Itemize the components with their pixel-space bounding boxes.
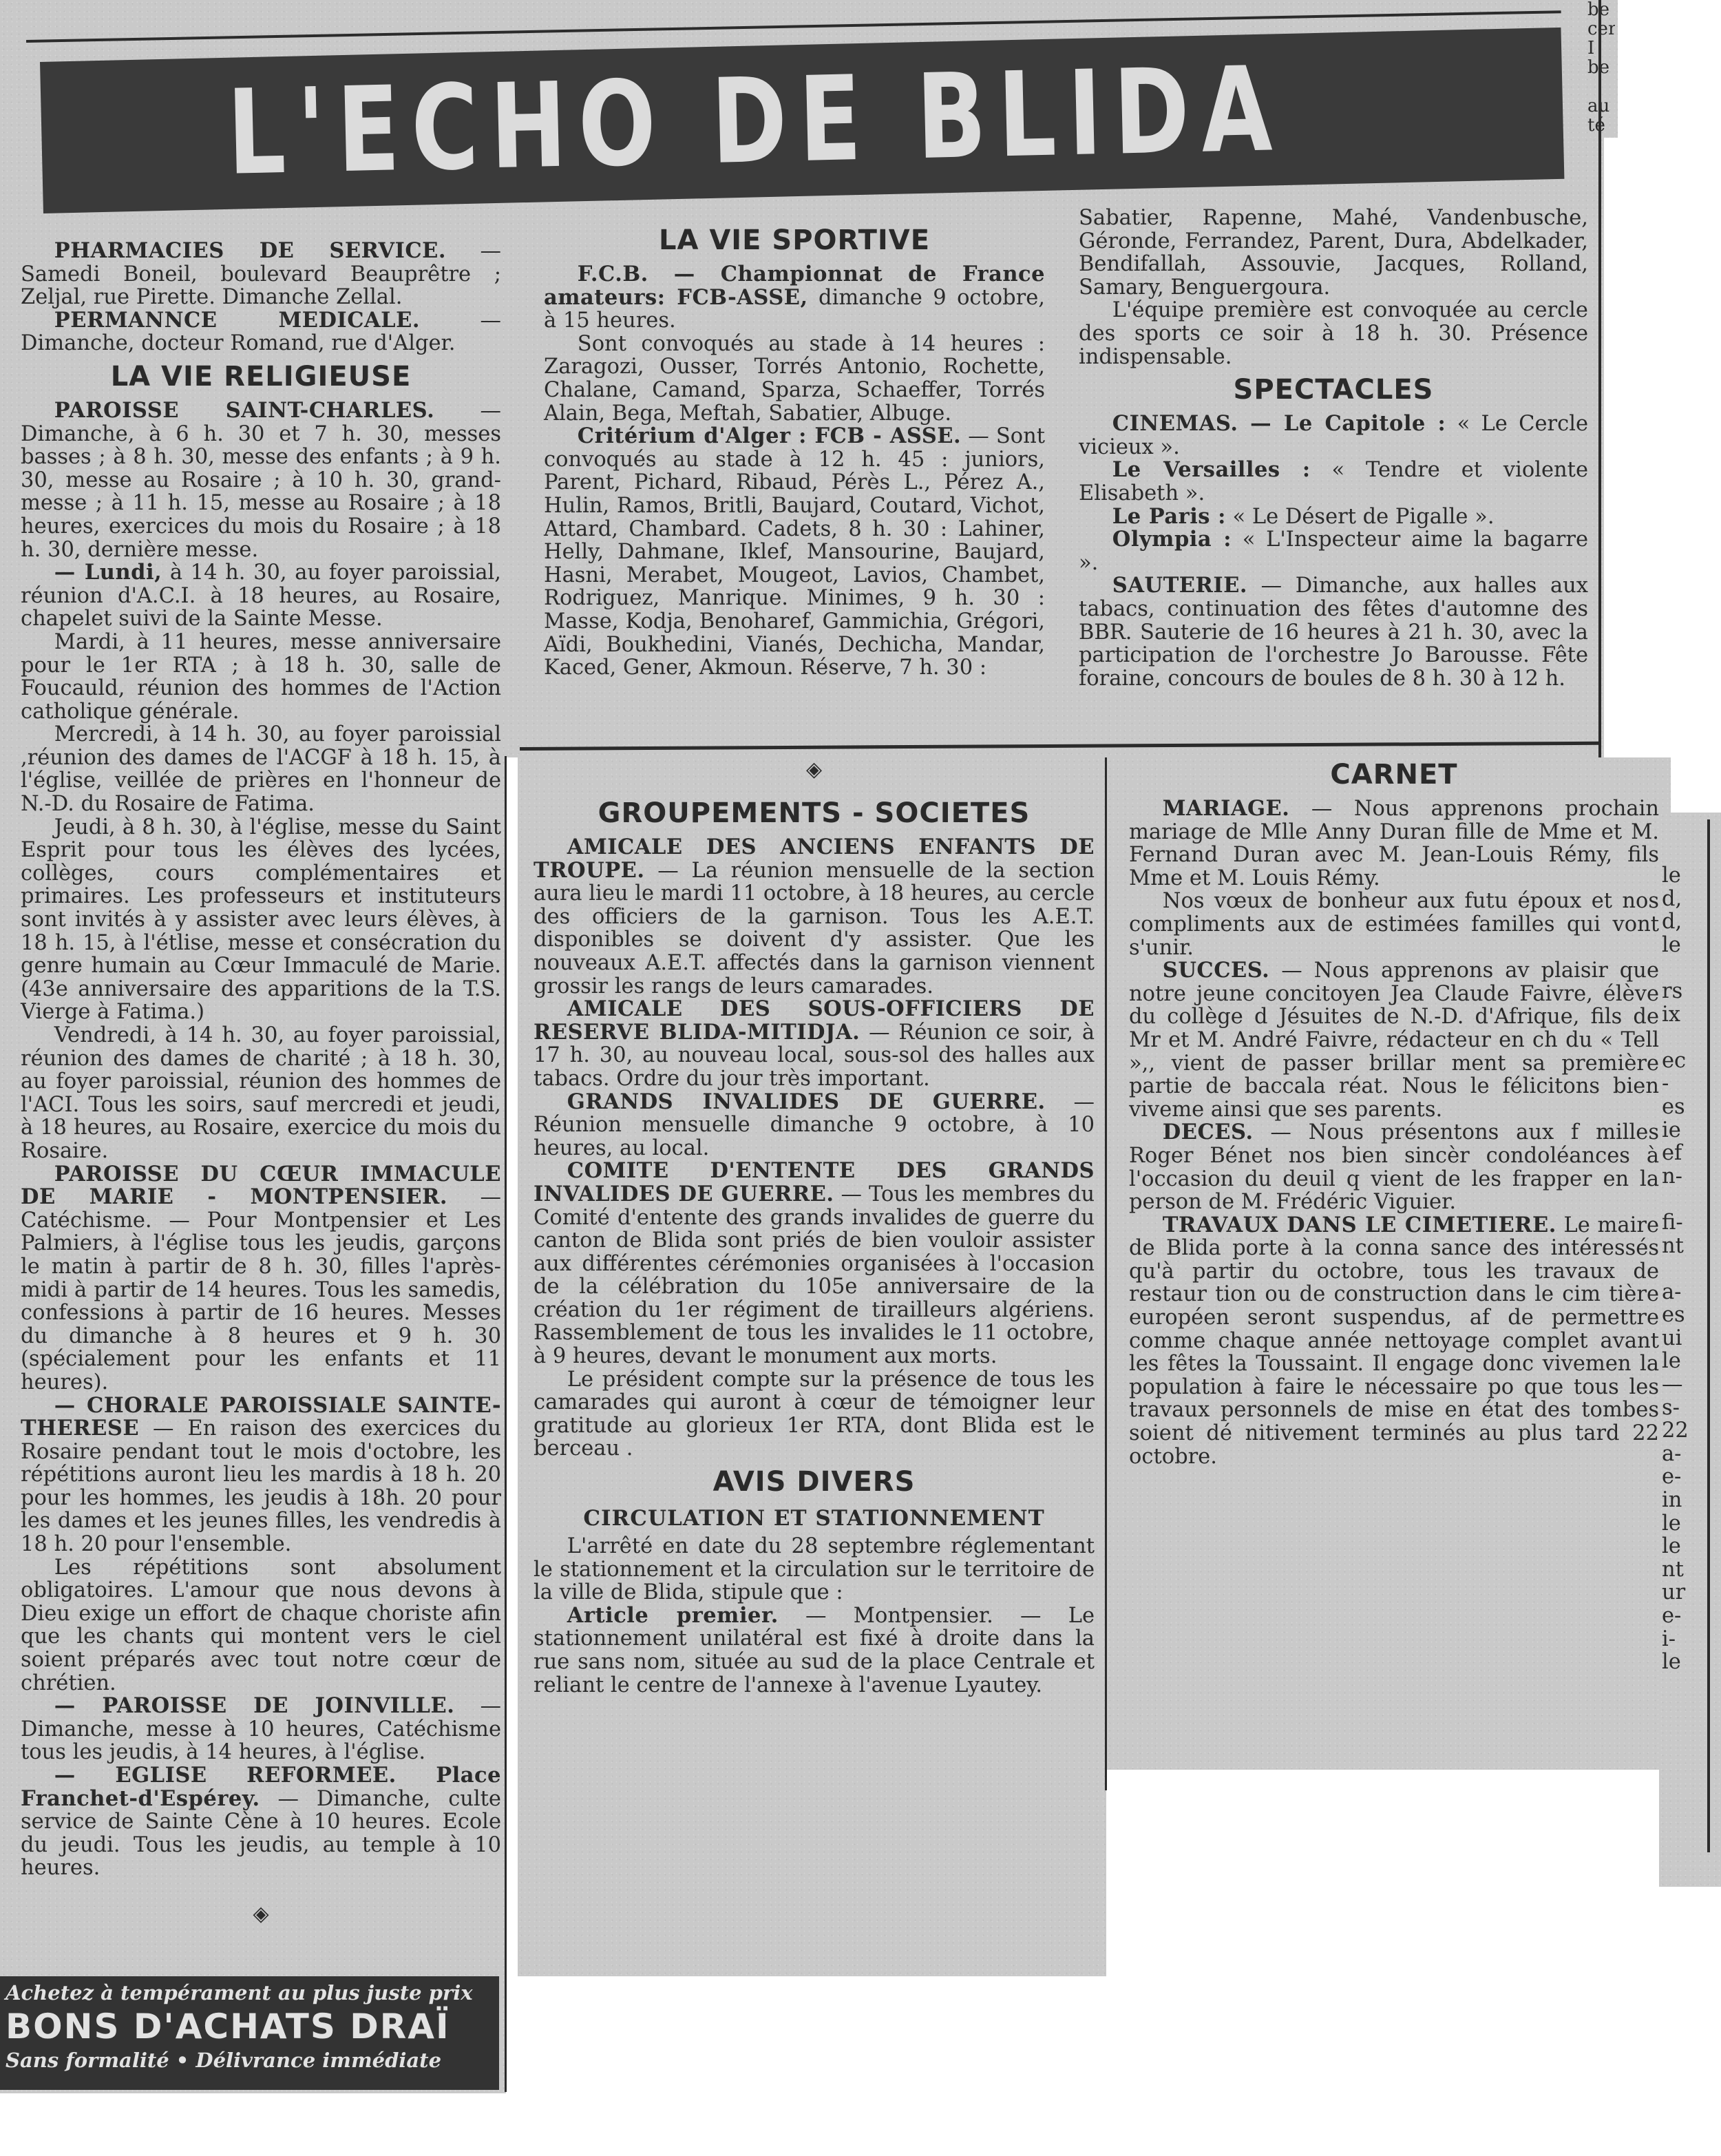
article-lead-in: CINEMAS. — Le Capitole : xyxy=(1112,411,1446,436)
spectacles-notices: CINEMAS. — Le Capitole : « Le Cercle vic… xyxy=(1079,412,1588,690)
left-column: PHARMACIES DE SERVICE. — Samedi Boneil, … xyxy=(21,240,501,1928)
article-paragraph: L'arrêté en date du 28 septembre régleme… xyxy=(534,1535,1095,1604)
article-text: — Nous apprenons av plaisir que notre je… xyxy=(1129,959,1659,1122)
article-text: L'arrêté en date du 28 septembre régleme… xyxy=(534,1534,1095,1604)
article-lead-in: — PAROISSE DE JOINVILLE. xyxy=(54,1693,455,1718)
article-paragraph: COMITE D'ENTENTE DES GRANDS INVALIDES DE… xyxy=(534,1160,1095,1368)
article-paragraph: Sont convoqués au stade à 14 heures : Za… xyxy=(544,333,1045,425)
article-paragraph: TRAVAUX DANS LE CIMETIERE. Le maire de B… xyxy=(1129,1214,1659,1469)
article-paragraph: — PAROISSE DE JOINVILLE. — Dimanche, mes… xyxy=(21,1695,501,1764)
middle-column-divider xyxy=(1105,757,1107,1790)
sports-notices: F.C.B. — Championnat de France amateurs:… xyxy=(544,263,1045,680)
advertisement-bons-dachats-drai: Achetez à tempérament au plus juste prix… xyxy=(0,1976,499,2090)
article-paragraph: Le président compte sur la présence de t… xyxy=(534,1368,1095,1461)
article-paragraph: PHARMACIES DE SERVICE. — Samedi Boneil, … xyxy=(21,240,501,309)
article-paragraph: — EGLISE REFORMEE. Place Franchet-d'Espé… xyxy=(21,1764,501,1880)
article-text: — Catéchisme. — Pour Montpensier et Les … xyxy=(21,1185,501,1394)
ad-brand: BONS D'ACHATS DRAÏ xyxy=(6,2005,494,2048)
right-edge-fragment: le d, d, le rs ix ec - es ie ef n- fi- n… xyxy=(1662,864,1703,1883)
article-paragraph: Nos vœux de bonheur aux futu époux et no… xyxy=(1129,890,1659,959)
article-paragraph: PAROISSE DU CŒUR IMMACULE DE MARIE - MON… xyxy=(21,1163,501,1394)
article-paragraph: L'équipe première est convoquée au cercl… xyxy=(1079,299,1588,368)
right-edge-divider xyxy=(1707,819,1710,1852)
article-paragraph: Sabatier, Rapenne, Mahé, Vandenbusche, G… xyxy=(1079,207,1588,299)
article-paragraph: — Lundi, à 14 h. 30, au foyer paroissial… xyxy=(21,561,501,631)
subsection-circulation-stationnement: CIRCULATION ET STATIONNEMENT xyxy=(534,1505,1095,1532)
sports-continued-column: Sabatier, Rapenne, Mahé, Vandenbusche, G… xyxy=(1079,207,1588,690)
article-paragraph: Olympia : « L'Inspecteur aime la bagarre… xyxy=(1079,528,1588,574)
article-paragraph: Mardi, à 11 heures, messe anniversaire p… xyxy=(21,631,501,723)
article-lead-in: Olympia : xyxy=(1112,527,1232,552)
article-text: Les répétitions sont absolument obligato… xyxy=(21,1556,501,1695)
article-paragraph: Vendredi, à 14 h. 30, au foyer paroissia… xyxy=(21,1024,501,1163)
article-lead-in: PHARMACIES DE SERVICE. xyxy=(54,238,446,263)
article-text: — Dimanche, à 6 h. 30 et 7 h. 30, messes… xyxy=(21,399,501,562)
article-paragraph: PAROISSE SAINT-CHARLES. — Dimanche, à 6 … xyxy=(21,399,501,561)
article-paragraph: F.C.B. — Championnat de France amateurs:… xyxy=(544,263,1045,333)
article-paragraph: SUCCES. — Nous apprenons av plaisir que … xyxy=(1129,959,1659,1121)
diamond-ornament-icon: ◈ xyxy=(534,756,1095,784)
article-paragraph: Critérium d'Alger : FCB - ASSE. — Sont c… xyxy=(544,425,1045,680)
article-text: Jeudi, à 8 h. 30, à l'église, messe du S… xyxy=(21,815,501,1025)
article-lead-in: Critérium d'Alger : FCB - ASSE. xyxy=(578,423,961,448)
emergency-notices: PHARMACIES DE SERVICE. — Samedi Boneil, … xyxy=(21,240,501,355)
groupements-notices: AMICALE DES ANCIENS ENFANTS DE TROUPE. —… xyxy=(534,836,1095,1461)
article-paragraph: MARIAGE. — Nous apprenons prochain maria… xyxy=(1129,797,1659,890)
article-text: Le président compte sur la présence de t… xyxy=(534,1368,1095,1461)
article-lead-in: DECES. xyxy=(1163,1120,1254,1144)
article-paragraph: — CHORALE PAROISSIALE SAINTE-THERESE — E… xyxy=(21,1394,501,1556)
article-text: — Sont convoqués au stade à 12 h. 45 : j… xyxy=(544,424,1045,680)
article-lead-in: MARIAGE. xyxy=(1163,796,1290,821)
ad-tagline: Achetez à tempérament au plus juste prix xyxy=(6,1980,494,2005)
article-paragraph: Les répétitions sont absolument obligato… xyxy=(21,1556,501,1695)
section-title-avis-divers: AVIS DIVERS xyxy=(534,1465,1095,1499)
article-lead-in: Le Paris : xyxy=(1112,504,1226,529)
article-text: Vendredi, à 14 h. 30, au foyer paroissia… xyxy=(21,1023,501,1163)
religious-notices: PAROISSE SAINT-CHARLES. — Dimanche, à 6 … xyxy=(21,399,501,1880)
groupements-column: ◈ GROUPEMENTS - SOCIETES AMICALE DES ANC… xyxy=(534,756,1095,1697)
diamond-ornament-icon: ◈ xyxy=(21,1901,501,1928)
avis-notices: L'arrêté en date du 28 septembre régleme… xyxy=(534,1535,1095,1697)
article-text: L'équipe première est convoquée au cercl… xyxy=(1079,298,1588,368)
article-paragraph: AMICALE DES ANCIENS ENFANTS DE TROUPE. —… xyxy=(534,836,1095,998)
article-paragraph: DECES. — Nous présentons aux f milles Ro… xyxy=(1129,1121,1659,1213)
section-title-spectacles: SPECTACLES xyxy=(1079,373,1588,407)
section-title-groupements-societes: GROUPEMENTS - SOCIETES xyxy=(534,796,1095,830)
carnet-notices: MARIAGE. — Nous apprenons prochain maria… xyxy=(1129,797,1659,1468)
article-text: « Le Désert de Pigalle ». xyxy=(1226,505,1495,529)
article-text: — Tous les membres du Comité d'entente d… xyxy=(534,1182,1095,1368)
article-paragraph: Le Versailles : « Tendre et violente Eli… xyxy=(1079,459,1588,505)
article-text: Mardi, à 11 heures, messe anniversaire p… xyxy=(21,630,501,724)
article-lead-in: Article premier. xyxy=(567,1603,779,1628)
article-lead-in: TRAVAUX DANS LE CIMETIERE. xyxy=(1163,1213,1556,1237)
article-paragraph: AMICALE DES SOUS-OFFICIERS DE RESERVE BL… xyxy=(534,998,1095,1090)
article-text: Mercredi, à 14 h. 30, au foyer paroissia… xyxy=(21,722,501,816)
article-text: Sont convoqués au stade à 14 heures : Za… xyxy=(544,332,1045,426)
article-lead-in: PERMANNCE MEDICALE. xyxy=(54,308,420,333)
ad-subline: Sans formalité • Délivrance immédiate xyxy=(6,2048,494,2073)
article-text: Le maire de Blida porte à la conna sance… xyxy=(1129,1213,1659,1469)
article-paragraph: Mercredi, à 14 h. 30, au foyer paroissia… xyxy=(21,723,501,815)
carnet-column: CARNET MARIAGE. — Nous apprenons prochai… xyxy=(1129,757,1659,1468)
sports-continued-notices: Sabatier, Rapenne, Mahé, Vandenbusche, G… xyxy=(1079,207,1588,368)
article-lead-in: SUCCES. xyxy=(1163,958,1269,983)
article-paragraph: GRANDS INVALIDES DE GUERRE. — Réunion me… xyxy=(534,1091,1095,1160)
article-lead-in: — Lundi, xyxy=(54,560,162,585)
article-text: Nos vœux de bonheur aux futu époux et no… xyxy=(1129,889,1659,959)
section-title-religious-life: LA VIE RELIGIEUSE xyxy=(21,359,501,394)
article-paragraph: Jeudi, à 8 h. 30, à l'église, messe du S… xyxy=(21,816,501,1024)
article-lead-in: PAROISSE DU CŒUR IMMACULE DE MARIE - MON… xyxy=(21,1162,501,1210)
article-lead-in: GRANDS INVALIDES DE GUERRE. xyxy=(567,1089,1046,1114)
article-lead-in: SAUTERIE. xyxy=(1112,573,1247,598)
article-lead-in: PAROISSE SAINT-CHARLES. xyxy=(54,398,434,423)
section-title-carnet: CARNET xyxy=(1129,757,1659,792)
article-paragraph: SAUTERIE. — Dimanche, aux halles aux tab… xyxy=(1079,574,1588,690)
sports-column: LA VIE SPORTIVE F.C.B. — Championnat de … xyxy=(544,219,1045,680)
article-paragraph: Le Paris : « Le Désert de Pigalle ». xyxy=(1079,505,1588,529)
section-title-sports-life: LA VIE SPORTIVE xyxy=(544,223,1045,258)
masthead-title: L'ECHO DE BLIDA xyxy=(226,41,1285,202)
article-paragraph: Article premier. — Montpensier. — Le sta… xyxy=(534,1604,1095,1697)
left-column-divider xyxy=(505,756,507,2092)
article-paragraph: PERMANNCE MEDICALE. — Dimanche, docteur … xyxy=(21,309,501,355)
article-paragraph: CINEMAS. — Le Capitole : « Le Cercle vic… xyxy=(1079,412,1588,459)
article-text: Sabatier, Rapenne, Mahé, Vandenbusche, G… xyxy=(1079,206,1588,300)
article-lead-in: Le Versailles : xyxy=(1112,457,1311,482)
top-right-fragment: be cer I be au té xyxy=(1587,0,1615,138)
